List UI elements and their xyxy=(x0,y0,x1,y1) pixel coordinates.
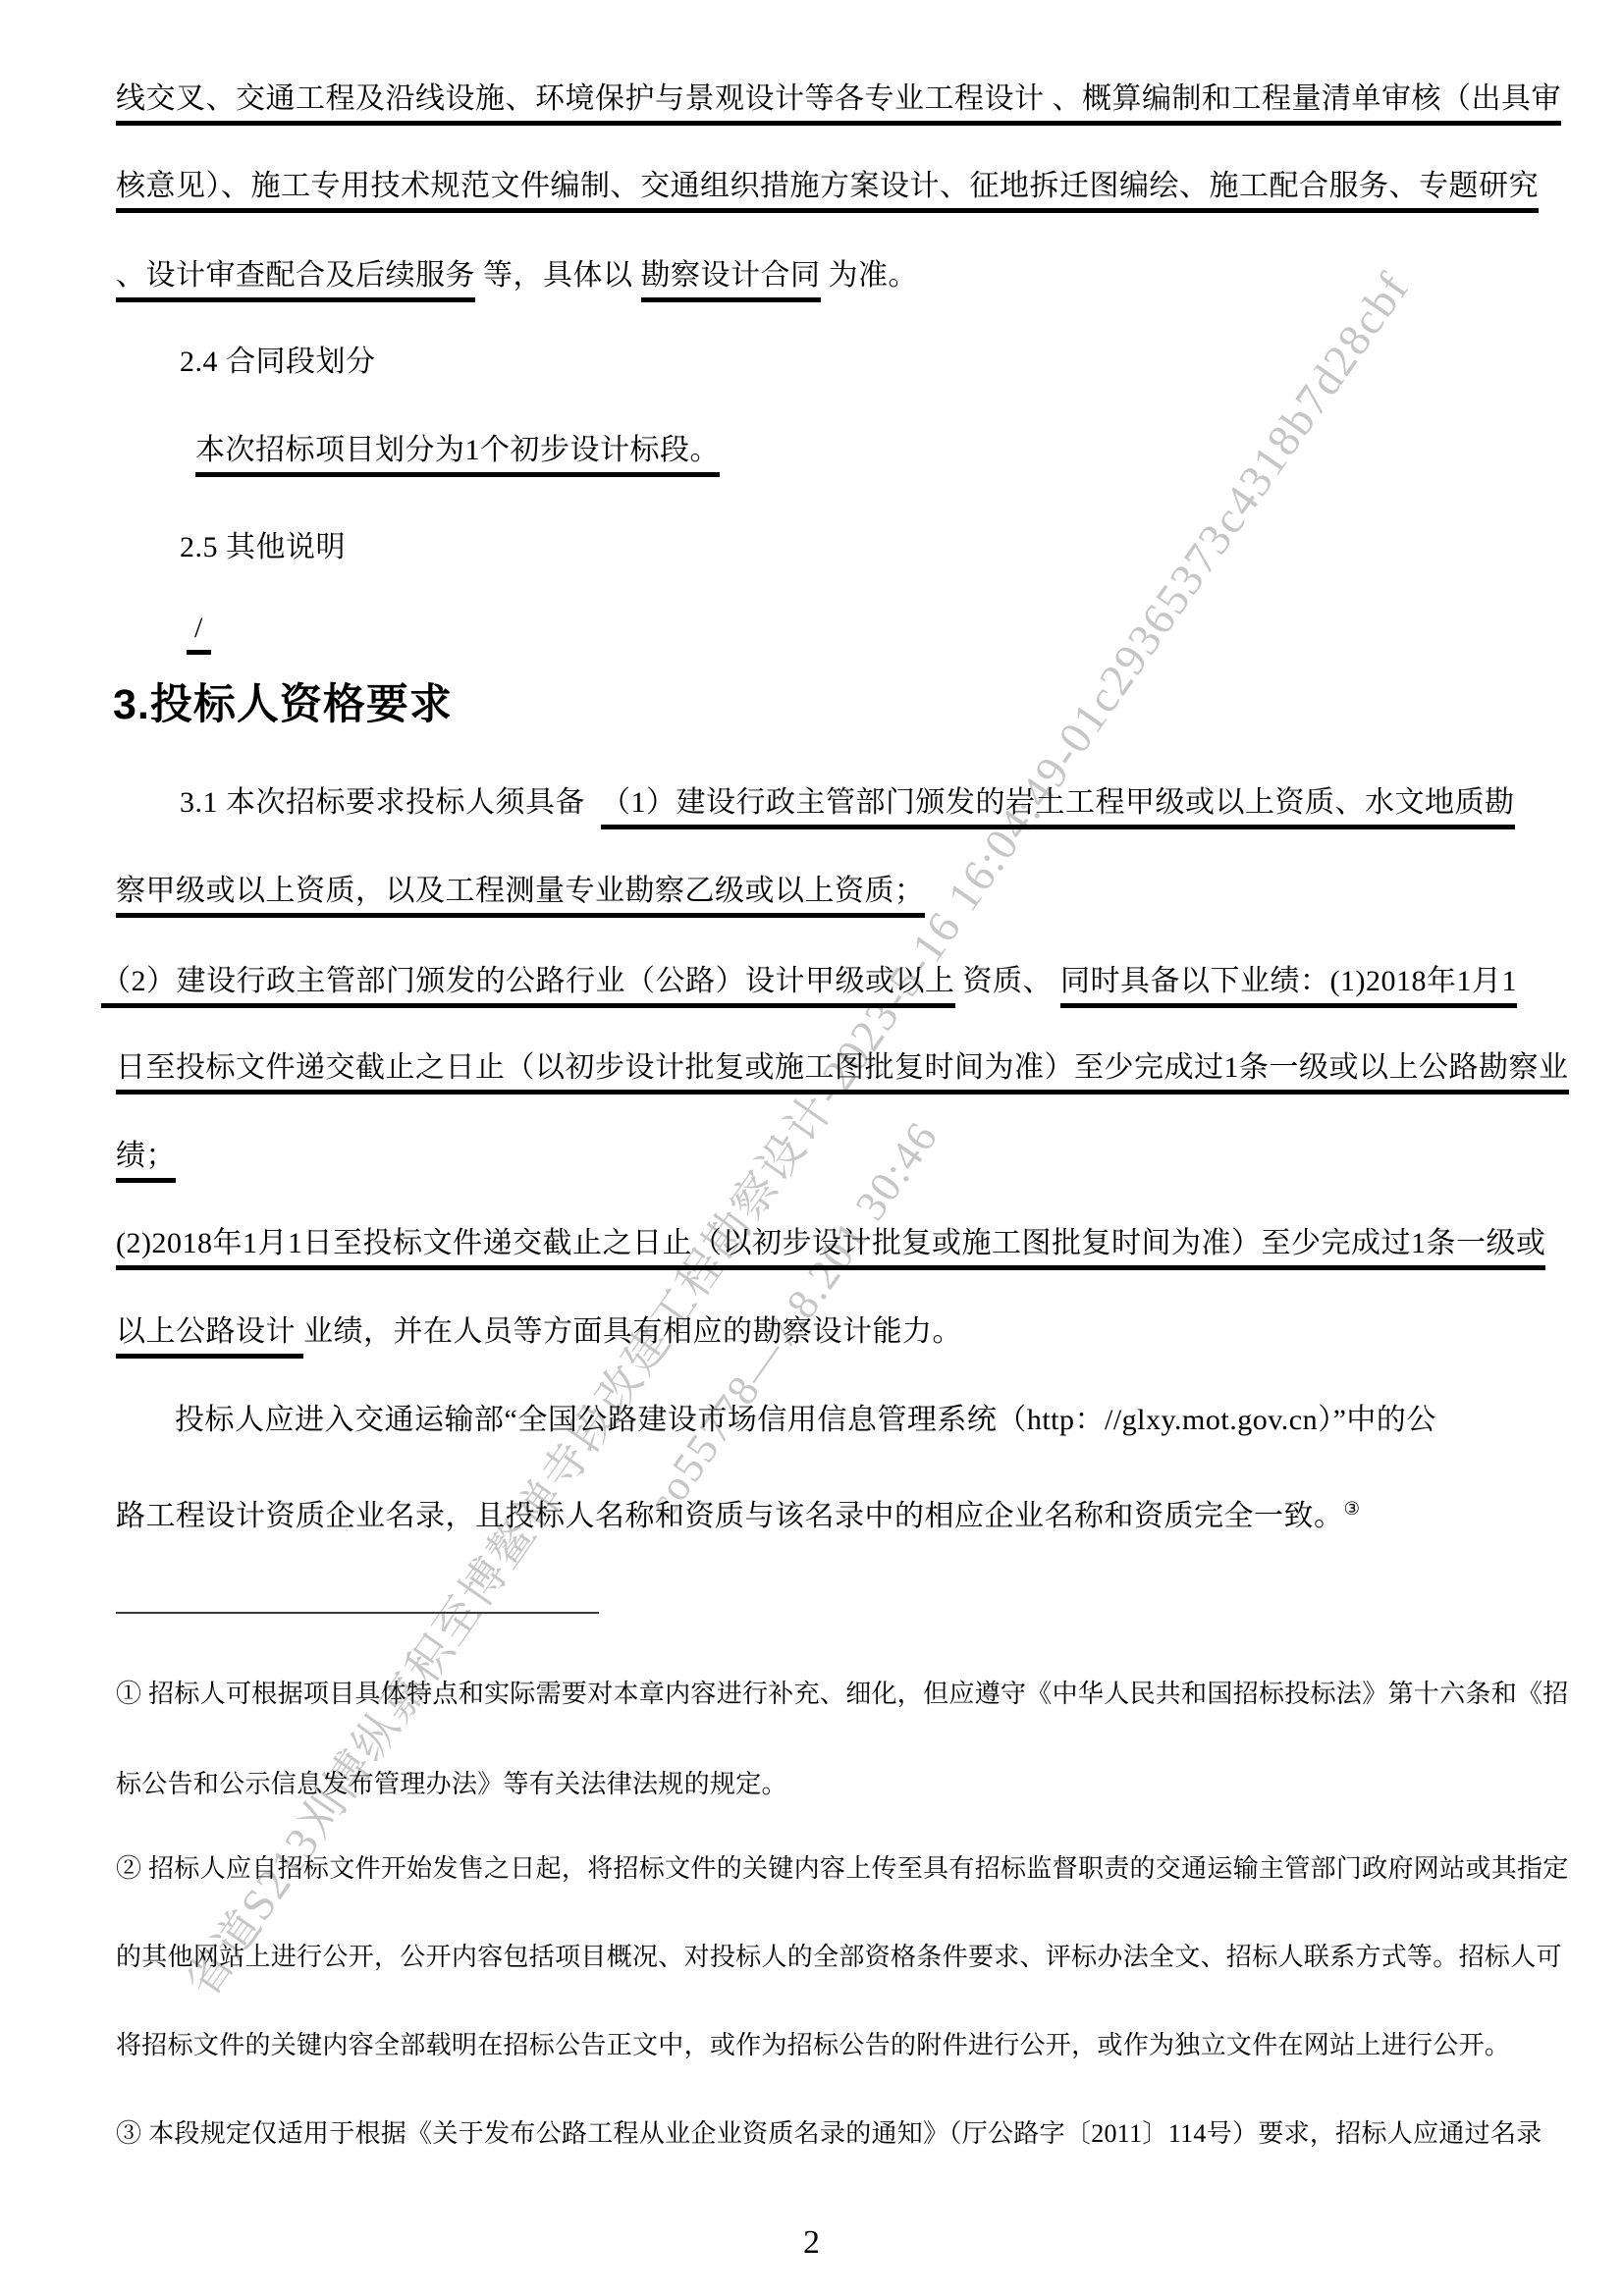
text-segment: 为准。 xyxy=(821,259,919,292)
body-line-1: 线交叉、交通工程及沿线设施、环境保护与景观设计等各专业工程设计 、概算编制和工程… xyxy=(116,81,1561,117)
text-segment: 将招标文件的关键内容全部载明在招标公告正文中，或作为招标公告的附件进行公开，或作… xyxy=(116,2031,1510,2059)
footnote-3-line-1: ③ 本段规定仅适用于根据《关于发布公路工程从业企业资质名录的通知》（厅公路字〔2… xyxy=(116,2116,1542,2152)
page: 省道S213刈博纵嘉积至博鳌禅寺段改建工程勘察设计-2023-5-16 16:0… xyxy=(0,0,1623,2296)
clause-2-4-content: 本次招标项目划分为1个初步设计标段。 xyxy=(195,433,720,468)
text-segment: 的其他网站上进行公开，公开内容包括项目概况、对投标人的全部资格条件要求、评标办法… xyxy=(116,1943,1562,1971)
clause-2-5-title: 2.5 其他说明 xyxy=(180,530,346,565)
text-segment: ② 招标人应自招标文件开始发售之日起，将招标文件的关键内容上传至具有招标监督职责… xyxy=(116,1854,1569,1883)
clause-3-1-line-3: （2）建设行政主管部门颁发的公路行业（公路）设计甲级或以上 资质、 同时具备以下… xyxy=(101,964,1517,999)
filled-blank-text: 勘察设计合同 xyxy=(641,259,821,302)
text-segment: 等，具体以 xyxy=(475,259,641,292)
filled-blank-text: 本次招标项目划分为1个初步设计标段。 xyxy=(195,434,720,477)
text-segment: ① 招标人可根据项目具体特点和实际需要对本章内容进行补充、细化，但应遵守《中华人… xyxy=(116,1680,1569,1708)
clause-3-1-line-2: 察甲级或以上资质，以及工程测量专业勘察乙级或以上资质； xyxy=(116,874,925,909)
footnote-1-line-1: ① 招标人可根据项目具体特点和实际需要对本章内容进行补充、细化，但应遵守《中华人… xyxy=(116,1677,1569,1712)
body-line-2: 核意见）、施工专用技术规范文件编制、交通组织措施方案设计、征地拆迁图编绘、施工配… xyxy=(116,169,1539,204)
text-segment: ③ 本段规定仅适用于根据《关于发布公路工程从业企业资质名录的通知》（厅公路字〔2… xyxy=(116,2119,1542,2148)
section-3-heading: 3.投标人资格要求 xyxy=(113,687,453,722)
clause-2-5-content: / xyxy=(187,611,211,646)
clause-3-1-line-5: 绩； xyxy=(116,1139,176,1174)
filled-blank-text: 、设计审查配合及后续服务 xyxy=(116,259,475,302)
filled-blank-text: 以上公路设计 xyxy=(116,1315,303,1359)
filled-blank-text: 同时具备以下业绩：(1)2018年1月1 xyxy=(1060,965,1517,1008)
text-segment: 资质、 xyxy=(955,965,1061,997)
clause-3-1-line-4: 日至投标文件递交截止之日止（以初步设计批复或施工图批复时间为准）至少完成过1条一… xyxy=(116,1050,1569,1086)
footnote-2-line-3: 将招标文件的关键内容全部载明在招标公告正文中，或作为招标公告的附件进行公开，或作… xyxy=(116,2028,1510,2063)
footnote-2-line-2: 的其他网站上进行公开，公开内容包括项目概况、对投标人的全部资格条件要求、评标办法… xyxy=(116,1940,1562,1975)
watermark-main: 省道S213刈博纵嘉积至博鳌禅寺段改建工程勘察设计-2023-5-16 16:0… xyxy=(168,256,1422,2008)
page-number: 2 xyxy=(0,2224,1623,2262)
footnote-2-line-1: ② 招标人应自招标文件开始发售之日起，将招标文件的关键内容上传至具有招标监督职责… xyxy=(116,1851,1569,1887)
text-segment: 业绩，并在人员等方面具有相应的勘察设计能力。 xyxy=(303,1315,962,1348)
body-line-3: 、设计审查配合及后续服务 等，具体以 勘察设计合同 为准。 xyxy=(116,258,918,294)
text-segment: 2.4 合同段划分 xyxy=(180,346,376,378)
text-segment: 3.投标人资格要求 xyxy=(113,681,453,728)
text-segment: 标公告和公示信息发布管理办法》等有关法律法规的规定。 xyxy=(116,1770,787,1798)
clause-3-1-line-6: (2)2018年1月1日至投标文件递交截止之日止（以初步设计批复或施工图批复时间… xyxy=(116,1226,1545,1261)
footnote-ref-mark: ③ xyxy=(1344,1499,1361,1520)
clause-3-1-line-1: 3.1 本次招标要求投标人须具备 （1）建设行政主管部门颁发的岩土工程甲级或以上… xyxy=(180,785,1515,821)
filled-blank-text: (2)2018年1月1日至投标文件递交截止之日止（以初步设计批复或施工图批复时间… xyxy=(116,1227,1545,1270)
filled-blank-text: （2）建设行政主管部门颁发的公路行业（公路）设计甲级或以上 xyxy=(101,965,955,1008)
text-segment: 2.5 其他说明 xyxy=(180,531,346,563)
clause-3-1-line-9: 路工程设计资质企业名录，且投标人名称和资质与该名录中的相应企业名称和资质完全一致… xyxy=(116,1492,1361,1534)
clause-3-1-line-7: 以上公路设计 业绩，并在人员等方面具有相应的勘察设计能力。 xyxy=(116,1314,962,1350)
filled-blank-text: 线交叉、交通工程及沿线设施、环境保护与景观设计等各专业工程设计 、概算编制和工程… xyxy=(116,82,1561,126)
filled-blank-text: （1）建设行政主管部门颁发的岩土工程甲级或以上资质、水文地质勘 xyxy=(601,786,1515,829)
text-segment: 3.1 本次招标要求投标人须具备 xyxy=(180,786,601,819)
text-segment: 路工程设计资质企业名录，且投标人名称和资质与该名录中的相应企业名称和资质完全一致… xyxy=(116,1500,1344,1532)
text-segment: 投标人应进入交通运输部“全国公路建设市场信用信息管理系统（http：//glxy… xyxy=(175,1404,1436,1436)
clause-2-4-title: 2.4 合同段划分 xyxy=(180,345,376,380)
filled-blank-text: 日至投标文件递交截止之日止（以初步设计批复或施工图批复时间为准）至少完成过1条一… xyxy=(116,1051,1569,1095)
filled-blank-text: / xyxy=(187,612,211,655)
filled-blank-text: 察甲级或以上资质，以及工程测量专业勘察乙级或以上资质； xyxy=(116,875,925,918)
clause-3-1-line-8: 投标人应进入交通运输部“全国公路建设市场信用信息管理系统（http：//glxy… xyxy=(175,1403,1436,1438)
filled-blank-text: 绩； xyxy=(116,1140,176,1183)
filled-blank-text: 核意见）、施工专用技术规范文件编制、交通组织措施方案设计、征地拆迁图编绘、施工配… xyxy=(116,170,1539,213)
footnote-separator xyxy=(116,1612,599,1614)
footnote-1-line-2: 标公告和公示信息发布管理办法》等有关法律法规的规定。 xyxy=(116,1767,787,1802)
